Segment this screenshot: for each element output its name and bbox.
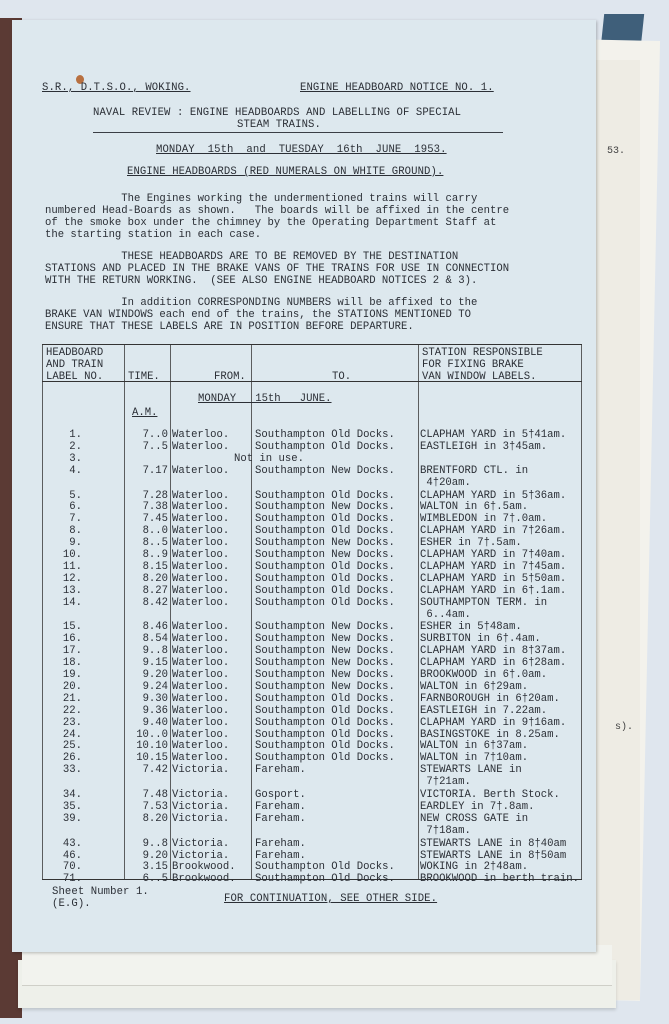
responsible-station: CLAPHAM YARD in 7†40am. xyxy=(420,549,566,561)
to-station: Southampton Old Docks. xyxy=(255,861,395,873)
time: 8.20 xyxy=(143,813,168,825)
time: 7.28 xyxy=(143,490,168,502)
time: 8..5 xyxy=(143,537,168,549)
to-station: Gosport. xyxy=(255,789,306,801)
responsible-station: CLAPHAM YARD in 6†28am. xyxy=(420,657,566,669)
from-station: Brookwood. xyxy=(172,861,236,873)
responsible-station: WALTON in 7†10am. xyxy=(420,752,528,764)
time: 10.15 xyxy=(136,752,168,764)
from-station: Waterloo. xyxy=(172,585,229,597)
label-no: 20. xyxy=(63,681,82,693)
responsible-station: WIMBLEDON in 7†.0am. xyxy=(420,513,547,525)
responsible-station: STEWARTS LANE in 8†50am xyxy=(420,850,566,862)
time: 7..5 xyxy=(143,441,168,453)
from-station: Waterloo. xyxy=(172,537,229,549)
to-station: Southampton Old Docks. xyxy=(255,705,395,717)
label-no: 25. xyxy=(63,740,82,752)
time: 7.17 xyxy=(143,465,168,477)
label-no: 24. xyxy=(63,729,82,741)
header-label-no: HEADBOARD AND TRAIN LABEL NO. xyxy=(46,347,103,383)
label-no: 13. xyxy=(63,585,82,597)
label-no: 9. xyxy=(69,537,82,549)
from-station: Victoria. xyxy=(172,813,229,825)
label-no: 21. xyxy=(63,693,82,705)
responsible-station: CLAPHAM YARD in 5†41am. xyxy=(420,429,566,441)
paragraph-1: The Engines working the undermentioned t… xyxy=(45,193,585,241)
time: 7.38 xyxy=(143,501,168,513)
label-no: 12. xyxy=(63,573,82,585)
dates-heading: MONDAY 15th and TUESDAY 16th JUNE 1953. xyxy=(156,144,447,156)
to-station: Fareham. xyxy=(255,850,306,862)
responsible-station: VICTORIA. Berth Stock. xyxy=(420,789,560,801)
label-no: 7. xyxy=(69,513,82,525)
from-station: Waterloo. xyxy=(172,752,229,764)
responsible-station: STEWARTS LANE in 7†21am. xyxy=(420,764,522,788)
label-no: 34. xyxy=(63,789,82,801)
time: 10..0 xyxy=(136,729,168,741)
label-no: 1. xyxy=(69,429,82,441)
headboard-table: HEADBOARD AND TRAIN LABEL NO. TIME. FROM… xyxy=(42,344,582,880)
to-station: Southampton New Docks. xyxy=(255,549,395,561)
from-station: Waterloo. xyxy=(172,633,229,645)
label-no: 71. xyxy=(63,873,82,885)
paragraph-2: THESE HEADBOARDS ARE TO BE REMOVED BY TH… xyxy=(45,251,585,287)
label-no: 3. xyxy=(69,453,82,465)
from-station: Waterloo. xyxy=(172,561,229,573)
label-no: 26. xyxy=(63,752,82,764)
responsible-station: NEW CROSS GATE in 7†18am. xyxy=(420,813,528,837)
from-station: Waterloo. xyxy=(172,573,229,585)
label-no: 17. xyxy=(63,645,82,657)
label-no: 33. xyxy=(63,764,82,776)
to-station: Southampton Old Docks. xyxy=(255,585,395,597)
to-station: Southampton Old Docks. xyxy=(255,873,395,885)
responsible-station: BROOKWOOD in berth train. xyxy=(420,873,579,885)
from-station: Waterloo. xyxy=(172,621,229,633)
from-station: Waterloo. xyxy=(172,669,229,681)
responsible-station: EARDLEY in 7†.8am. xyxy=(420,801,534,813)
time: 8.27 xyxy=(143,585,168,597)
label-no: 18. xyxy=(63,657,82,669)
from-station: Waterloo. xyxy=(172,681,229,693)
time: 9.20 xyxy=(143,669,168,681)
label-no: 5. xyxy=(69,490,82,502)
responsible-station: EASTLEIGH in 3†45am. xyxy=(420,441,547,453)
day-heading: MONDAY 15th JUNE. xyxy=(198,393,332,405)
to-station: Southampton New Docks. xyxy=(255,621,395,633)
responsible-station: EASTLEIGH in 7.22am. xyxy=(420,705,547,717)
time: 7.42 xyxy=(143,764,168,776)
to-station: Southampton New Docks. xyxy=(255,465,395,477)
from-station: Waterloo. xyxy=(172,597,229,609)
responsible-station: WALTON in 6†37am. xyxy=(420,740,528,752)
label-no: 8. xyxy=(69,525,82,537)
responsible-station: CLAPHAM YARD in 5†50am. xyxy=(420,573,566,585)
time: 3.15 xyxy=(143,861,168,873)
from-station: Waterloo. xyxy=(172,705,229,717)
to-station: Southampton Old Docks. xyxy=(255,597,395,609)
to-station: Southampton Old Docks. xyxy=(255,561,395,573)
sheet-number: Sheet Number 1. (E.G). xyxy=(52,886,149,910)
time: 7.53 xyxy=(143,801,168,813)
from-station: Waterloo. xyxy=(172,645,229,657)
to-station: Southampton Old Docks. xyxy=(255,717,395,729)
label-no: 16. xyxy=(63,633,82,645)
time: 9.30 xyxy=(143,693,168,705)
to-station: Southampton Old Docks. xyxy=(255,693,395,705)
time: 9.24 xyxy=(143,681,168,693)
header-station: STATION RESPONSIBLE FOR FIXING BRAKE VAN… xyxy=(422,347,543,383)
to-station: Southampton New Docks. xyxy=(255,645,395,657)
underlying-sheet-text: s). xyxy=(615,722,633,733)
from-station: Waterloo. xyxy=(172,441,229,453)
notice-number: ENGINE HEADBOARD NOTICE NO. 1. xyxy=(300,82,494,94)
time: 8..9 xyxy=(143,549,168,561)
to-station: Southampton Old Docks. xyxy=(255,740,395,752)
to-station: Southampton New Docks. xyxy=(255,633,395,645)
to-station: Fareham. xyxy=(255,764,306,776)
label-no: 70. xyxy=(63,861,82,873)
to-station: Southampton Old Docks. xyxy=(255,490,395,502)
from-station: Victoria. xyxy=(172,850,229,862)
label-no: 35. xyxy=(63,801,82,813)
responsible-station: BASINGSTOKE in 8.25am. xyxy=(420,729,560,741)
responsible-station: ESHER in 7†.5am. xyxy=(420,537,522,549)
time: 7.48 xyxy=(143,789,168,801)
time: 9..8 xyxy=(143,645,168,657)
from-station: Victoria. xyxy=(172,838,229,850)
from-station: Waterloo. xyxy=(172,549,229,561)
from-station: Waterloo. xyxy=(172,657,229,669)
to-station: Southampton New Docks. xyxy=(255,501,395,513)
responsible-station: FARNBOROUGH in 6†20am. xyxy=(420,693,560,705)
label-no: 23. xyxy=(63,717,82,729)
label-no: 10. xyxy=(63,549,82,561)
to-station: Southampton Old Docks. xyxy=(255,441,395,453)
responsible-station: SURBITON in 6†.4am. xyxy=(420,633,541,645)
time: 9.40 xyxy=(143,717,168,729)
time: 9.15 xyxy=(143,657,168,669)
header-to: TO. xyxy=(332,371,351,383)
title-underline xyxy=(93,132,503,133)
label-no: 43. xyxy=(63,838,82,850)
header-from: FROM. xyxy=(214,371,246,383)
responsible-station: ESHER in 5†48am. xyxy=(420,621,522,633)
responsible-station: CLAPHAM YARD in 9†16am. xyxy=(420,717,566,729)
time: 7.45 xyxy=(143,513,168,525)
responsible-station: CLAPHAM YARD in 5†36am. xyxy=(420,490,566,502)
period-am: A.M. xyxy=(132,407,157,419)
from-station: Waterloo. xyxy=(172,513,229,525)
to-station: Fareham. xyxy=(255,813,306,825)
responsible-station: STEWARTS LANE in 8†40am xyxy=(420,838,566,850)
time: 9..8 xyxy=(143,838,168,850)
responsible-station: BROOKWOOD in 6†.0am. xyxy=(420,669,547,681)
from-station: Brookwood. xyxy=(172,873,236,885)
label-no: 19. xyxy=(63,669,82,681)
to-station: Southampton Old Docks. xyxy=(255,513,395,525)
time: 8.54 xyxy=(143,633,168,645)
from-station: Waterloo. xyxy=(172,740,229,752)
continuation-note: FOR CONTINUATION, SEE OTHER SIDE. xyxy=(224,893,437,905)
document-title-line2: STEAM TRAINS. xyxy=(237,119,321,131)
from-station: Waterloo. xyxy=(172,729,229,741)
header-time: TIME. xyxy=(128,371,160,383)
responsible-station: WOKING in 2†48am. xyxy=(420,861,528,873)
time: 9.36 xyxy=(143,705,168,717)
responsible-station: CLAPHAM YARD in 8†37am. xyxy=(420,645,566,657)
to-station: Southampton New Docks. xyxy=(255,681,395,693)
label-no: 6. xyxy=(69,501,82,513)
to-station: Southampton Old Docks. xyxy=(255,525,395,537)
from-station: Waterloo. xyxy=(172,490,229,502)
label-no: 46. xyxy=(63,850,82,862)
to-station: Southampton Old Docks. xyxy=(255,573,395,585)
to-station: Southampton Old Docks. xyxy=(255,729,395,741)
responsible-station: CLAPHAM YARD in 6†.1am. xyxy=(420,585,566,597)
subtitle-heading: ENGINE HEADBOARDS (RED NUMERALS ON WHITE… xyxy=(127,166,443,178)
paragraph-3: In addition CORRESPONDING NUMBERS will b… xyxy=(45,297,585,333)
to-station: Southampton Old Docks. xyxy=(255,429,395,441)
to-station: Southampton New Docks. xyxy=(255,669,395,681)
from-station: Waterloo. xyxy=(172,501,229,513)
responsible-station: SOUTHAMPTON TERM. in 6..4am. xyxy=(420,597,547,621)
responsible-station: BRENTFORD CTL. in 4†20am. xyxy=(420,465,528,489)
time: 8.42 xyxy=(143,597,168,609)
label-no: 11. xyxy=(63,561,82,573)
to-station: Southampton Old Docks. xyxy=(255,752,395,764)
from-station: Victoria. xyxy=(172,801,229,813)
from-station: Victoria. xyxy=(172,789,229,801)
label-no: 2. xyxy=(69,441,82,453)
time: 8..0 xyxy=(143,525,168,537)
label-no: 22. xyxy=(63,705,82,717)
from-station: Waterloo. xyxy=(172,693,229,705)
office-heading: S.R., D.T.S.O., WOKING. xyxy=(42,82,191,94)
responsible-station: WALTON in 6†29am. xyxy=(420,681,528,693)
time: 6..5 xyxy=(143,873,168,885)
from-station: Waterloo. xyxy=(172,717,229,729)
underlying-sheet-text: 53. xyxy=(607,146,625,157)
label-no: 39. xyxy=(63,813,82,825)
time: 10.10 xyxy=(136,740,168,752)
to-station: Fareham. xyxy=(255,801,306,813)
time: 8.15 xyxy=(143,561,168,573)
label-no: 14. xyxy=(63,597,82,609)
label-no: 4. xyxy=(69,465,82,477)
from-station: Waterloo. xyxy=(172,429,229,441)
to-station: Southampton New Docks. xyxy=(255,537,395,549)
from-station: Victoria. xyxy=(172,764,229,776)
from-station: Waterloo. xyxy=(172,465,229,477)
responsible-station: WALTON in 6†.5am. xyxy=(420,501,528,513)
time: 7..0 xyxy=(143,429,168,441)
time: 9.20 xyxy=(143,850,168,862)
to-station: Southampton New Docks. xyxy=(255,657,395,669)
from-station: Waterloo. xyxy=(172,525,229,537)
responsible-station: CLAPHAM YARD in 7†45am. xyxy=(420,561,566,573)
label-no: 15. xyxy=(63,621,82,633)
document-title: NAVAL REVIEW : ENGINE HEADBOARDS AND LAB… xyxy=(93,107,461,119)
not-in-use-note: Not in use. xyxy=(234,453,304,465)
responsible-station: CLAPHAM YARD in 7†26am. xyxy=(420,525,566,537)
time: 8.46 xyxy=(143,621,168,633)
time: 8.20 xyxy=(143,573,168,585)
to-station: Fareham. xyxy=(255,838,306,850)
